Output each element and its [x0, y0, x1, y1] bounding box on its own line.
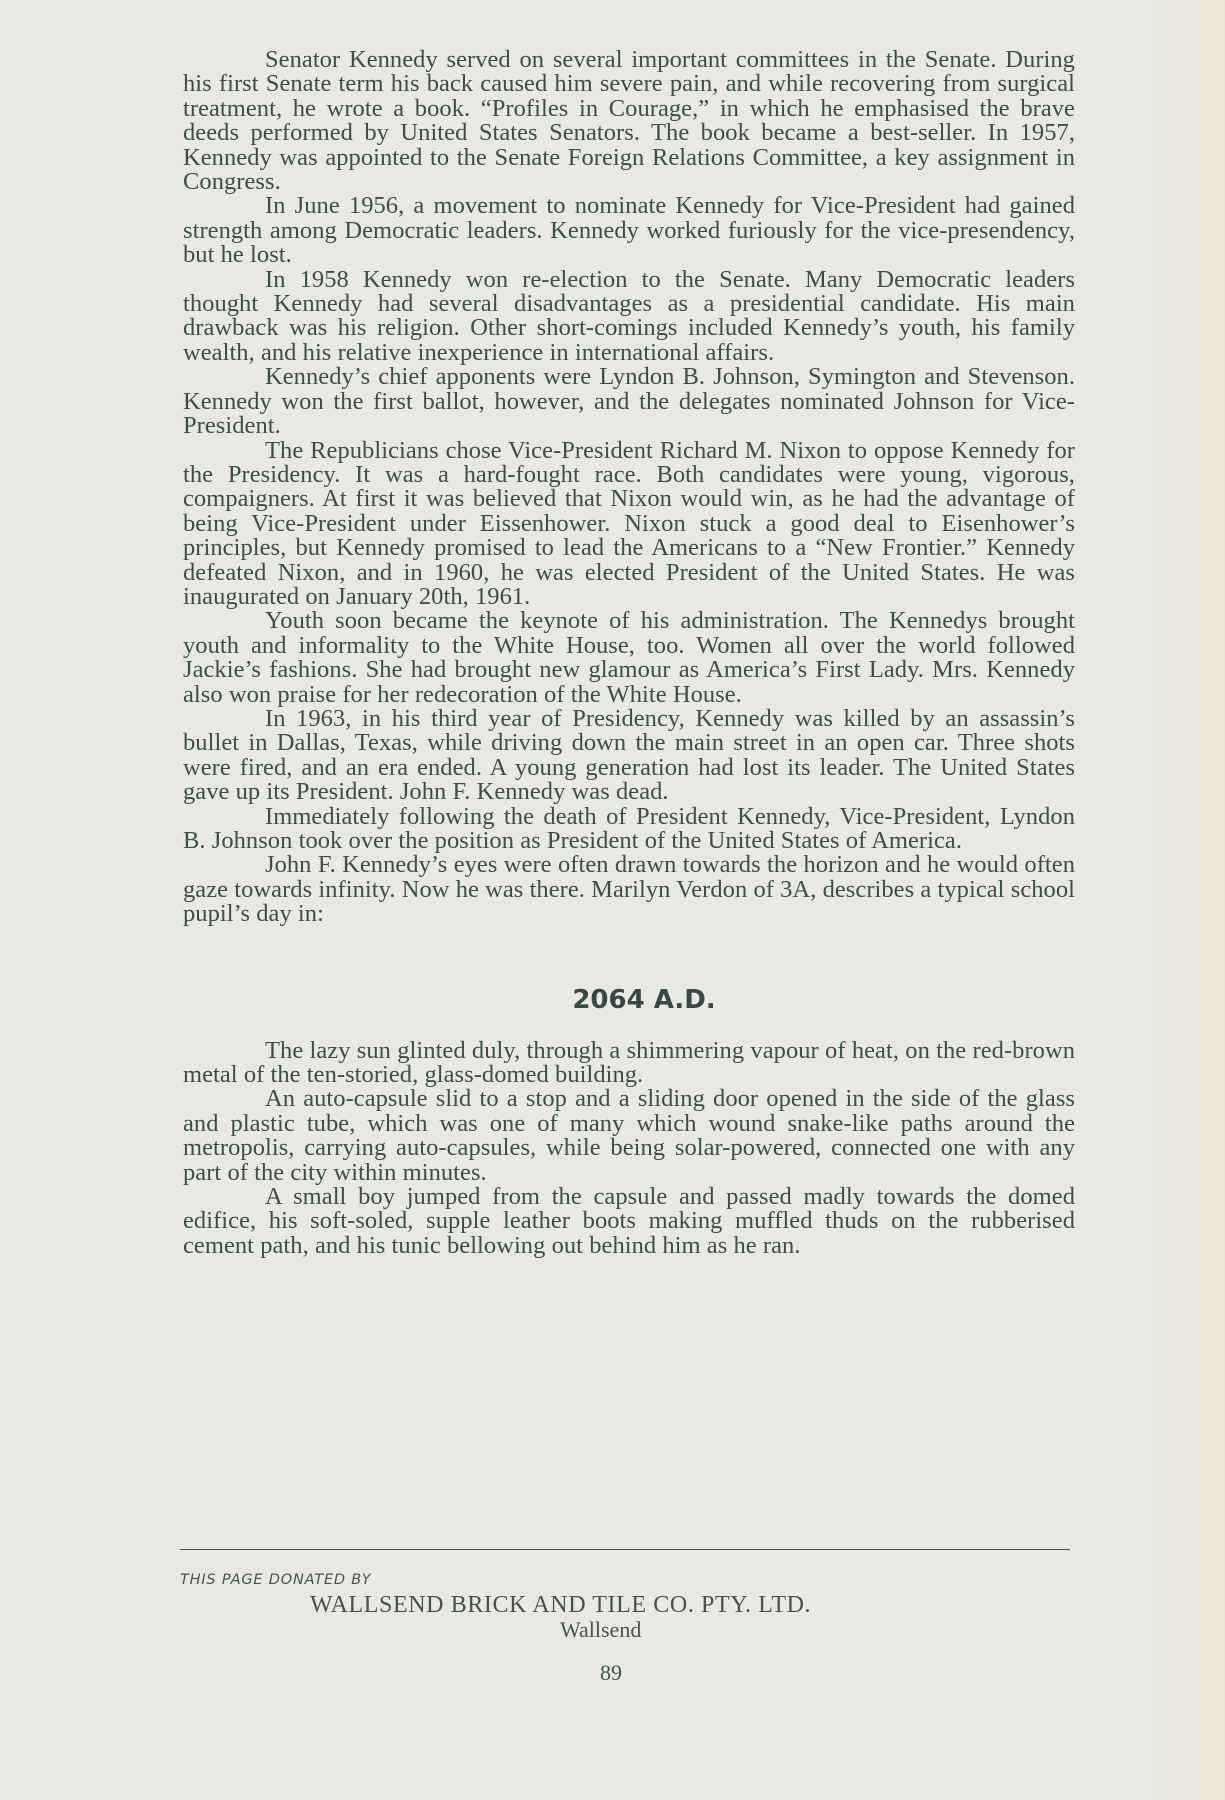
article-paragraph: In 1958 Kennedy won re-election to the S… — [183, 268, 1075, 366]
article-paragraph: Youth soon became the keynote of his adm… — [183, 609, 1075, 707]
story-paragraph: A small boy jumped from the capsule and … — [183, 1185, 1075, 1258]
article-paragraph: In 1963, in his third year of Presidency… — [183, 707, 1075, 805]
story-title: 2064 A.D. — [183, 985, 1075, 1015]
story-paragraph: An auto-capsule slid to a stop and a sli… — [183, 1087, 1075, 1185]
page-edge-shadow — [1145, 0, 1225, 1800]
donated-label: THIS PAGE DONATED BY — [180, 1572, 371, 1588]
article-paragraph: Immediately following the death of Presi… — [183, 805, 1075, 854]
text-column: Senator Kennedy served on several import… — [183, 48, 1075, 1258]
footer-divider — [180, 1549, 1070, 1550]
article-paragraph: Kennedy’s chief apponents were Lyndon B.… — [183, 365, 1075, 438]
article-paragraph: In June 1956, a movement to nominate Ken… — [183, 194, 1075, 267]
article-paragraph: Senator Kennedy served on several import… — [183, 48, 1075, 194]
donor-place: Wallsend — [560, 1617, 641, 1643]
article-paragraph: John F. Kennedy’s eyes were often drawn … — [183, 853, 1075, 926]
page-number: 89 — [600, 1660, 622, 1686]
story-paragraph: The lazy sun glinted duly, through a shi… — [183, 1039, 1075, 1088]
article-paragraph: The Republicians chose Vice-President Ri… — [183, 439, 1075, 610]
donor-name: WALLSEND BRICK AND TILE CO. PTY. LTD. — [310, 1592, 811, 1619]
